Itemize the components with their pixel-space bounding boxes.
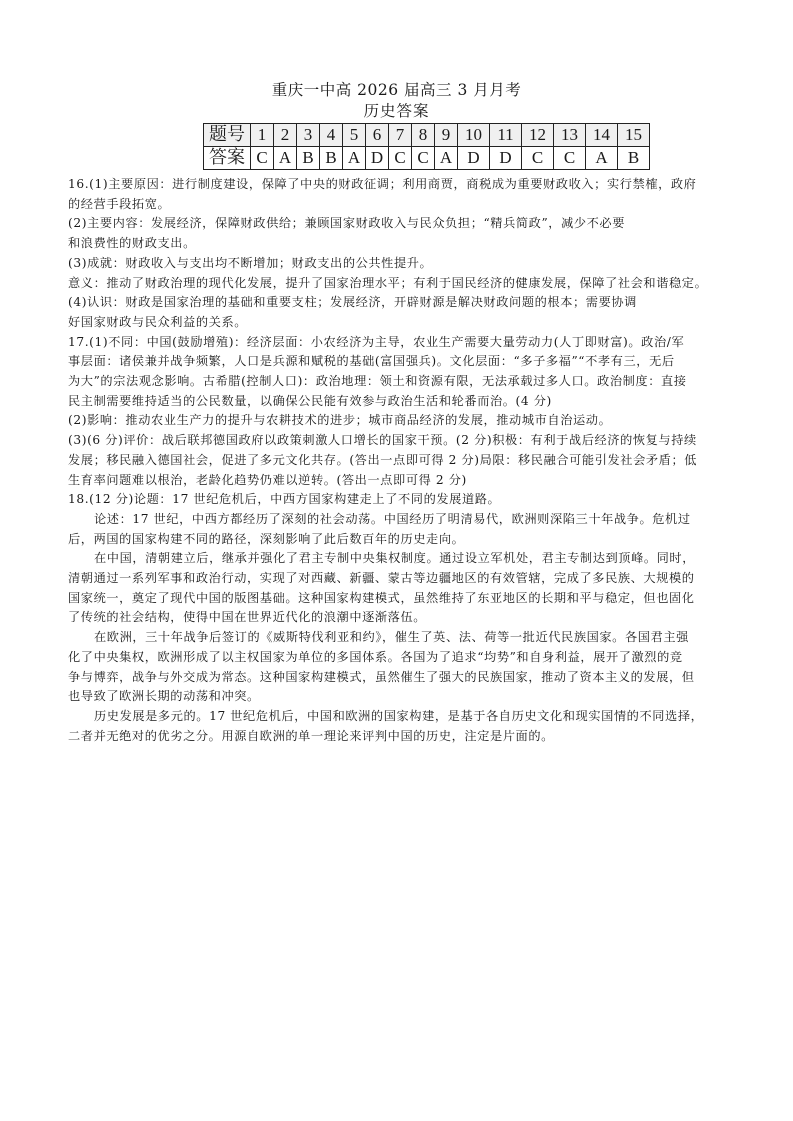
answer-row: 答案 C A B B A D C C A D D C C A B: [204, 147, 650, 170]
q17-evaluation-line: 生育率问题难以根治，老龄化趋势仍难以逆转。(答出一点即可得 2 分): [68, 471, 750, 491]
q16-content-line: 和浪费性的财政支出。: [68, 234, 750, 254]
answer-cell: C: [412, 147, 435, 170]
row-label-question-number: 题号: [204, 124, 251, 147]
q16-understanding-line: 好国家财政与民众利益的关系。: [68, 313, 750, 333]
q18-conclusion-line: 二者并无绝对的优劣之分。用源自欧洲的单一理论来评判中国的历史，注定是片面的。: [68, 727, 750, 747]
question-number-row: 题号 1 2 3 4 5 6 7 8 9 10 11 12 13 14 15: [204, 124, 650, 147]
q16-achievement-line: (3)成就：财政收入与支出均不断增加；财政支出的公共性提升。: [68, 254, 750, 274]
q17-differences-line: 为大”的宗法观念影响。古希腊(控制人口)：政治地理：领土和资源有限，无法承载过多…: [68, 372, 750, 392]
question-number-cell: 15: [618, 124, 650, 147]
document-page: 重庆一中高 2026 届高三 3 月月考 历史答案 题号 1 2 3 4 5 6…: [0, 0, 793, 1121]
question-number-cell: 14: [586, 124, 618, 147]
answer-body: 16.(1)主要原因：进行制度建设，保障了中央的财政征调；利用商贾，商税成为重要…: [68, 175, 750, 746]
q18-essay-line: 也导致了欧洲长期的动荡和冲突。: [68, 687, 750, 707]
q18-thesis-line: 18.(12 分)论题：17 世纪危机后，中西方国家构建走上了不同的发展道路。: [68, 490, 750, 510]
answer-cell: A: [274, 147, 297, 170]
question-number-cell: 11: [490, 124, 522, 147]
answer-cell: D: [490, 147, 522, 170]
answer-cell: C: [389, 147, 412, 170]
answer-table: 题号 1 2 3 4 5 6 7 8 9 10 11 12 13 14 15 答…: [203, 123, 650, 170]
question-number-cell: 1: [251, 124, 274, 147]
q16-significance-line: 意义：推动了财政治理的现代化发展，提升了国家治理水平；有利于国民经济的健康发展，…: [68, 274, 750, 294]
q18-conclusion-line: 历史发展是多元的。17 世纪危机后，中国和欧洲的国家构建，是基于各自历史文化和现…: [68, 707, 750, 727]
question-number-cell: 8: [412, 124, 435, 147]
answer-cell: D: [458, 147, 490, 170]
q17-differences-line: 事层面：诸侯兼并战争频繁，人口是兵源和赋税的基础(富国强兵)。文化层面：“多子多…: [68, 352, 750, 372]
answer-cell: C: [554, 147, 586, 170]
question-number-cell: 7: [389, 124, 412, 147]
q17-differences-line: 民主制需要维持适当的公民数量，以确保公民能有效参与政治生活和轮番而治。(4 分): [68, 392, 750, 412]
q18-essay-line: 后，两国的国家构建不同的路径，深刻影响了此后数百年的历史走向。: [68, 530, 750, 550]
q16-reasons-line: 16.(1)主要原因：进行制度建设，保障了中央的财政征调；利用商贾，商税成为重要…: [68, 175, 750, 195]
question-number-cell: 6: [366, 124, 389, 147]
question-number-cell: 12: [522, 124, 554, 147]
q18-essay-line: 论述：17 世纪，中西方都经历了深刻的社会动荡。中国经历了明清易代，欧洲则深陷三…: [68, 510, 750, 530]
q17-impact-line: (2)影响：推动农业生产力的提升与农耕技术的进步；城市商品经济的发展，推动城市自…: [68, 411, 750, 431]
answer-cell: A: [586, 147, 618, 170]
exam-title: 重庆一中高 2026 届高三 3 月月考: [0, 80, 793, 100]
question-number-cell: 3: [297, 124, 320, 147]
q18-essay-line: 清朝通过一系列军事和政治行动，实现了对西藏、新疆、蒙古等边疆地区的有效管辖，完成…: [68, 569, 750, 589]
exam-subtitle: 历史答案: [0, 101, 793, 121]
q17-evaluation-line: 发展；移民融入德国社会，促进了多元文化共存。(答出一点即可得 2 分)局限：移民…: [68, 451, 750, 471]
q18-essay-line: 国家统一，奠定了现代中国的版图基础。这种国家构建模式，虽然维持了东亚地区的长期和…: [68, 589, 750, 609]
q16-reasons-line: 的经营手段拓宽。: [68, 195, 750, 215]
q18-essay-line: 在中国，清朝建立后，继承并强化了君主专制中央集权制度。通过设立军机处，君主专制达…: [68, 549, 750, 569]
q16-understanding-line: (4)认识：财政是国家治理的基础和重要支柱；发展经济，开辟财源是解决财政问题的根…: [68, 293, 750, 313]
answer-cell: A: [343, 147, 366, 170]
q16-content-line: (2)主要内容：发展经济，保障财政供给；兼顾国家财政收入与民众负担；“精兵简政”…: [68, 214, 750, 234]
answer-cell: C: [251, 147, 274, 170]
q17-differences-line: 17.(1)不同：中国(鼓励增殖)：经济层面：小农经济为主导，农业生产需要大量劳…: [68, 333, 750, 353]
answer-cell: C: [522, 147, 554, 170]
question-number-cell: 4: [320, 124, 343, 147]
question-number-cell: 10: [458, 124, 490, 147]
answer-cell: A: [435, 147, 458, 170]
answer-cell: D: [366, 147, 389, 170]
answer-cell: B: [320, 147, 343, 170]
answer-cell: B: [297, 147, 320, 170]
q17-evaluation-line: (3)(6 分)评价：战后联邦德国政府以政策刺激人口增长的国家干预。(2 分)积…: [68, 431, 750, 451]
question-number-cell: 5: [343, 124, 366, 147]
q18-essay-line: 化了中央集权，欧洲形成了以主权国家为单位的多国体系。各国为了追求“均势”和自身利…: [68, 648, 750, 668]
question-number-cell: 9: [435, 124, 458, 147]
q18-essay-line: 在欧洲，三十年战争后签订的《威斯特伐利亚和约》，催生了英、法、荷等一批近代民族国…: [68, 628, 750, 648]
q18-essay-line: 了传统的社会结构，使得中国在世界近代化的浪潮中逐渐落伍。: [68, 608, 750, 628]
row-label-answer: 答案: [204, 147, 251, 170]
q18-essay-line: 争与博弈，战争与外交成为常态。这种国家构建模式，虽然催生了强大的民族国家，推动了…: [68, 668, 750, 688]
answer-cell: B: [618, 147, 650, 170]
question-number-cell: 2: [274, 124, 297, 147]
question-number-cell: 13: [554, 124, 586, 147]
